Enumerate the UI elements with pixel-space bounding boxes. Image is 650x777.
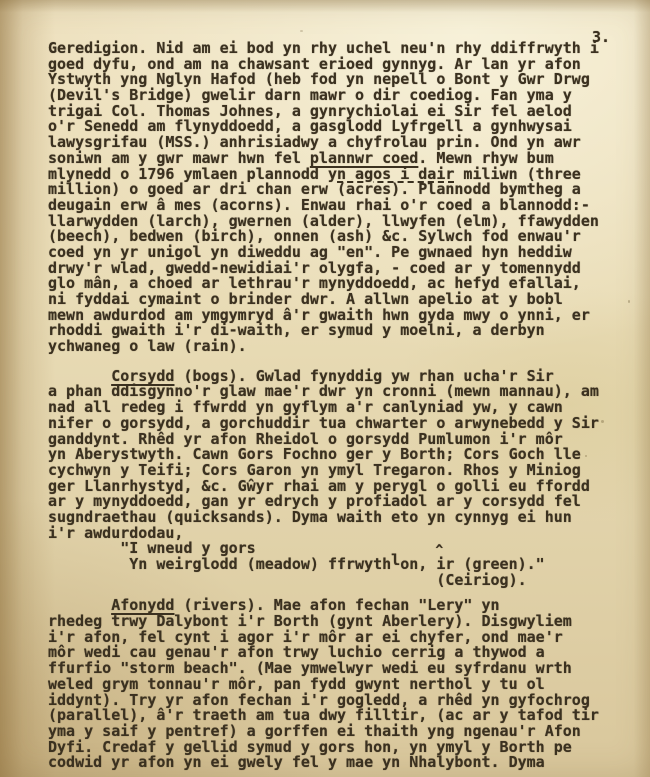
text-segment: codwid yr afon yn ei gwely fel y mae yn … (48, 753, 545, 771)
paper-sheet: 3. Geredigion. Nid am ei bod yn rhy uche… (0, 0, 650, 777)
paragraph-afonydd: Afonydd (rivers). Mae afon fechan "Lery"… (48, 598, 630, 771)
text-segment: ychwaneg o law (rain). (48, 337, 247, 355)
typed-text: Geredigion. Nid am ei bod yn rhy uchel n… (48, 41, 630, 771)
paragraph-coed: Geredigion. Nid am ei bod yn rhy uchel n… (48, 41, 630, 355)
paper-speck (300, 30, 303, 32)
text-segment: (Ceiriog). (48, 571, 527, 589)
text-line: (Ceiriog). (48, 573, 630, 589)
caret-insert-mark: ^ (435, 543, 443, 559)
text-line: codwid yr afon yn ei gwely fel y mae yn … (48, 755, 630, 771)
text-segment: l (391, 551, 400, 569)
text-segment: ir (green)."^ (436, 555, 544, 573)
paragraph-corsydd: Corsydd (bogs). Gwlad fynyddig yw rhan u… (48, 369, 630, 589)
text-line: ychwaneg o law (rain). (48, 339, 630, 355)
